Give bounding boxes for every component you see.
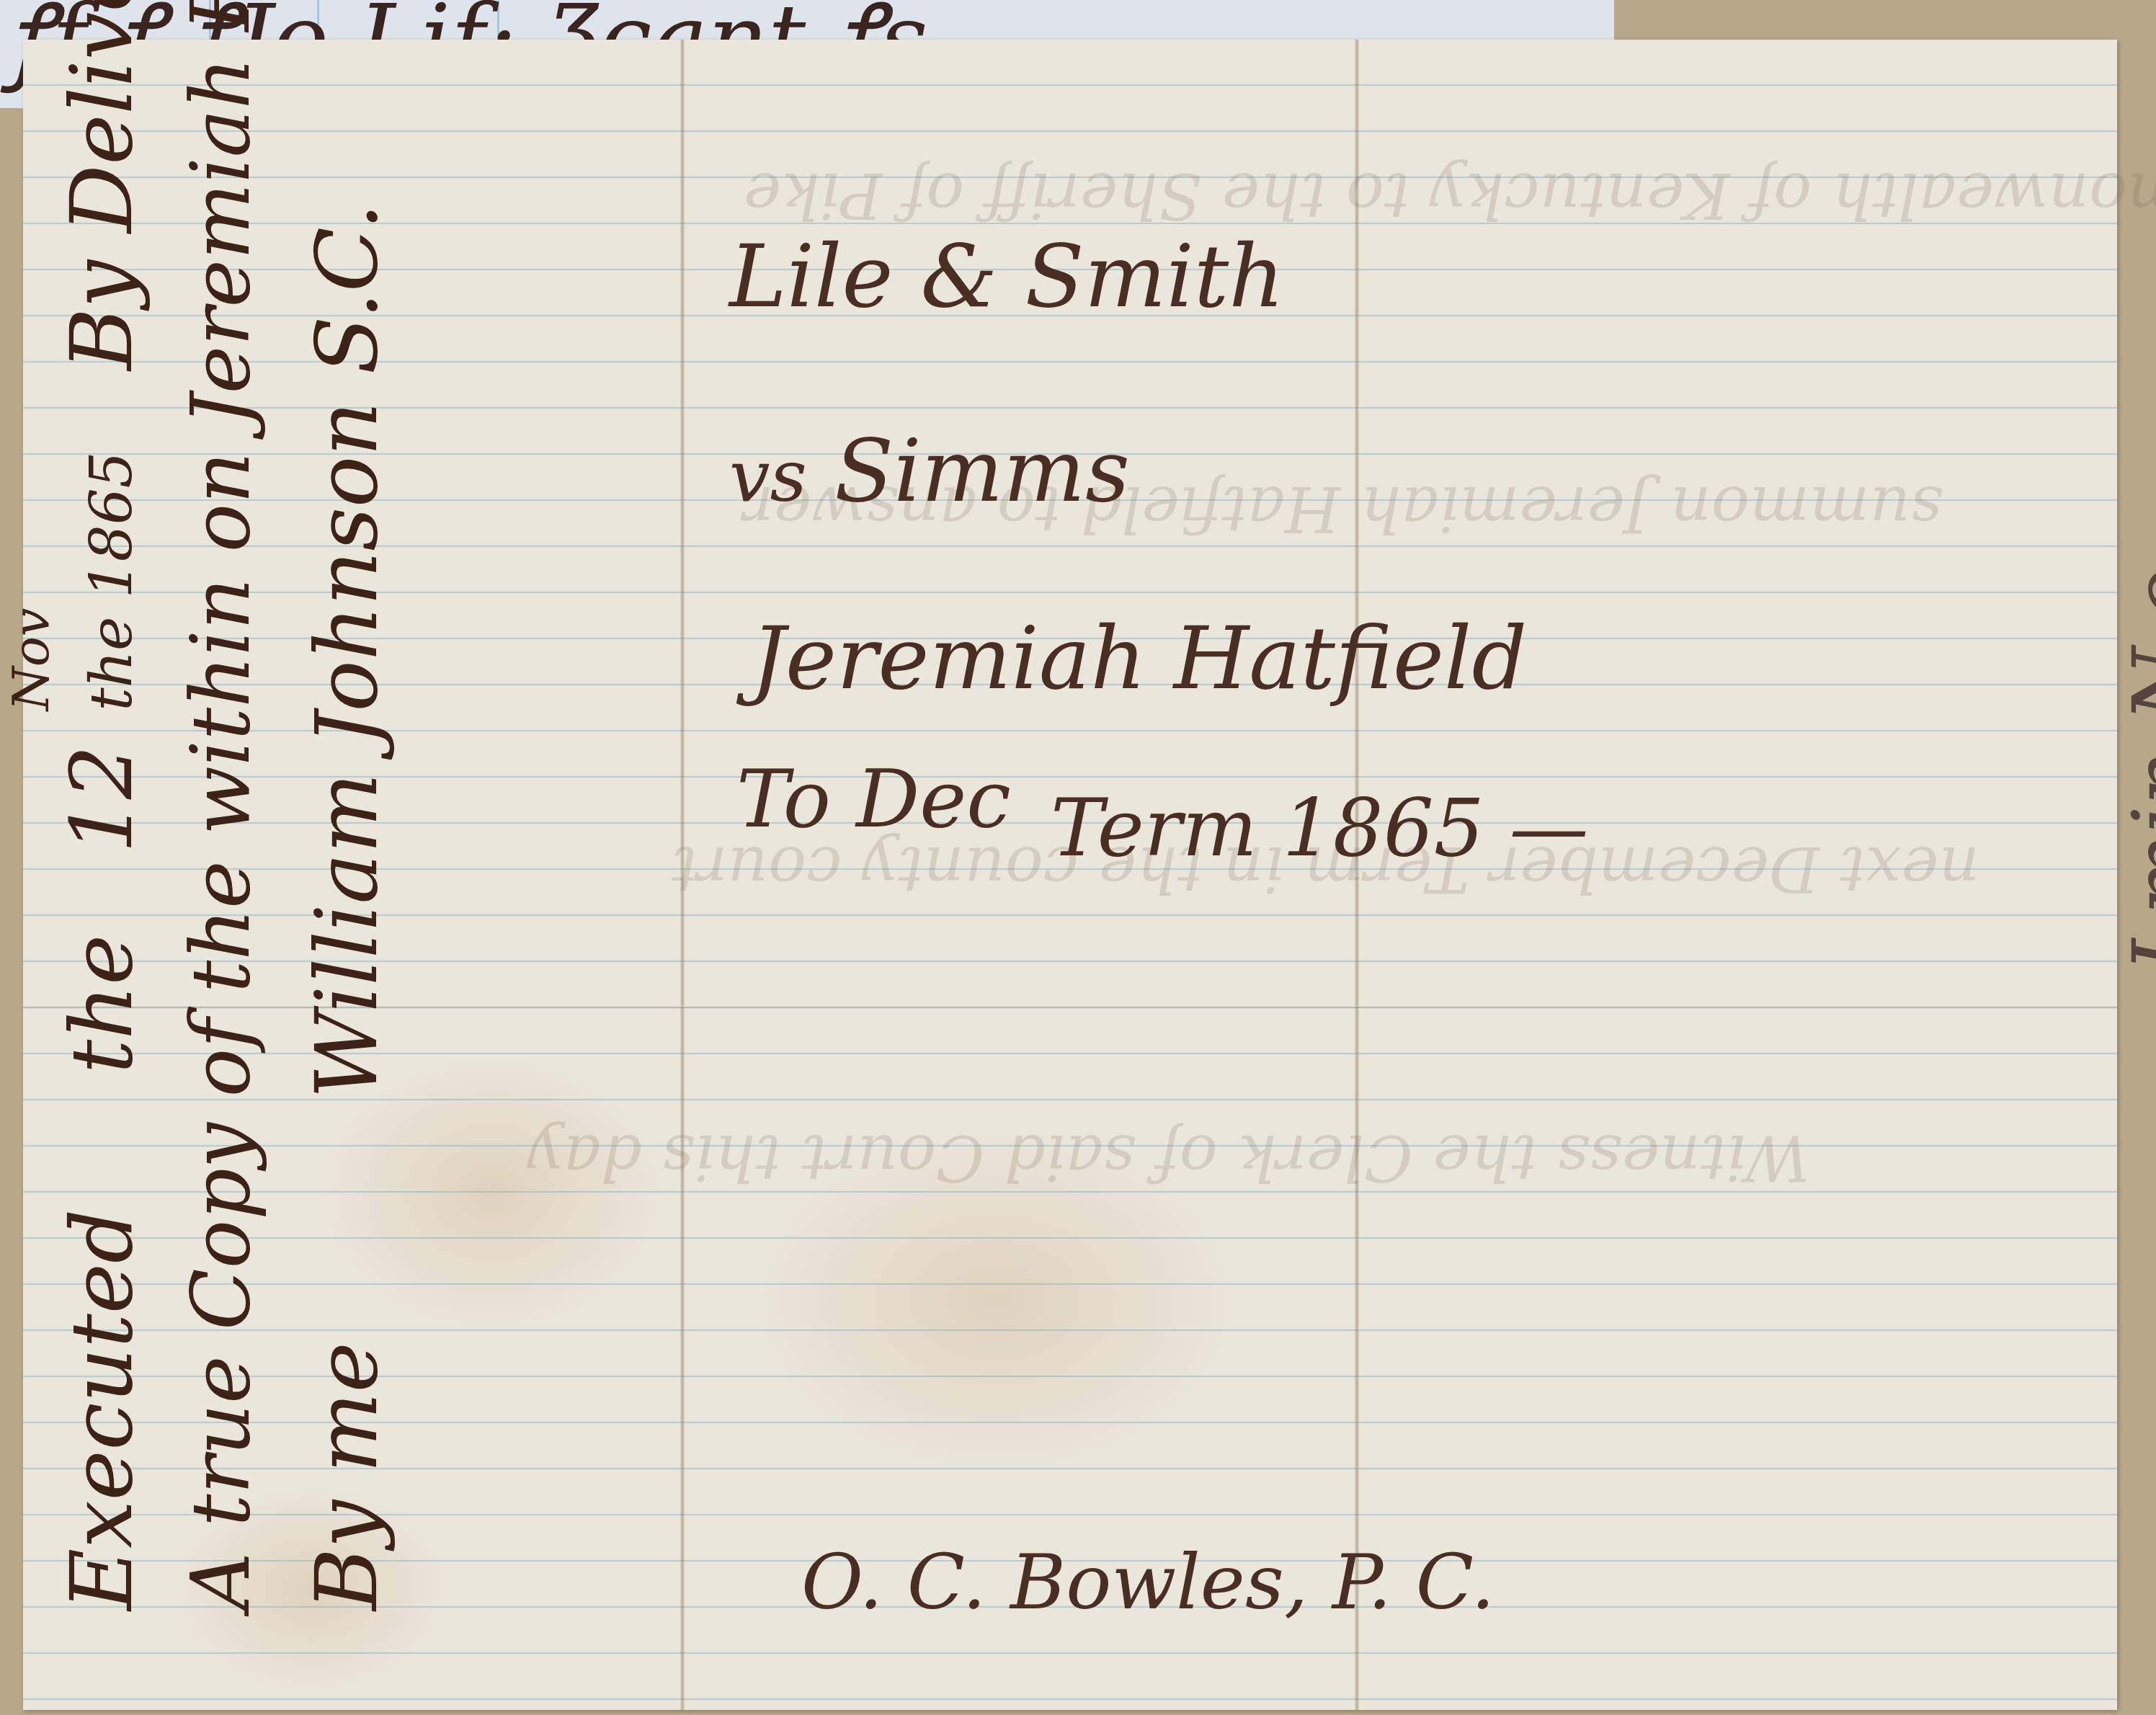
docket-term: To Dec Term 1865 — (736, 753, 1589, 845)
bleed-through-text: Witness the Clerk of said Court this day (527, 1121, 1810, 1195)
docket-defendant: Jeremiah Hatfield (751, 609, 1527, 709)
by-delivering: By Delivering (52, 0, 151, 370)
docket-versus: vs Simms (729, 422, 1130, 522)
date-superscript: Nov the 1865 (52, 424, 151, 718)
docket-plaintiffs: Lile & Smith (729, 227, 1284, 327)
versus-abbrev: vs (729, 434, 807, 518)
by-me: By me (297, 1342, 396, 1611)
day-number: 12 (52, 745, 151, 853)
return-line-2: A true Copy of the within on Jeremiah Ha… (174, 0, 268, 1611)
return-line-1: Executed the 12 Nov the 1865 By Deliveri… (52, 0, 151, 1611)
sheriff-signature: William Johnson S.C. (297, 203, 396, 1099)
month-abbrev: Nov (1, 608, 61, 711)
term-prefix: To Dec (736, 753, 1011, 845)
underlying-right-handwriting: Lmin N o (2115, 567, 2156, 973)
clerk-signature: O. C. Bowles, P. C. (801, 1538, 1495, 1626)
return-line-3: By me William Johnson S.C. (297, 203, 396, 1611)
defendant-name: Simms (834, 422, 1130, 522)
year: the 1865 (78, 452, 145, 711)
term-suffix: Term 1865 — (1051, 782, 1589, 874)
return-of-service: Executed the 12 Nov the 1865 By Deliveri… (52, 61, 484, 1611)
executed-word: Executed (52, 1209, 151, 1611)
document-sheet: ꝭhe Commonwealth of Kentucky to the Sher… (23, 40, 2117, 1710)
the-word: the (52, 935, 151, 1074)
